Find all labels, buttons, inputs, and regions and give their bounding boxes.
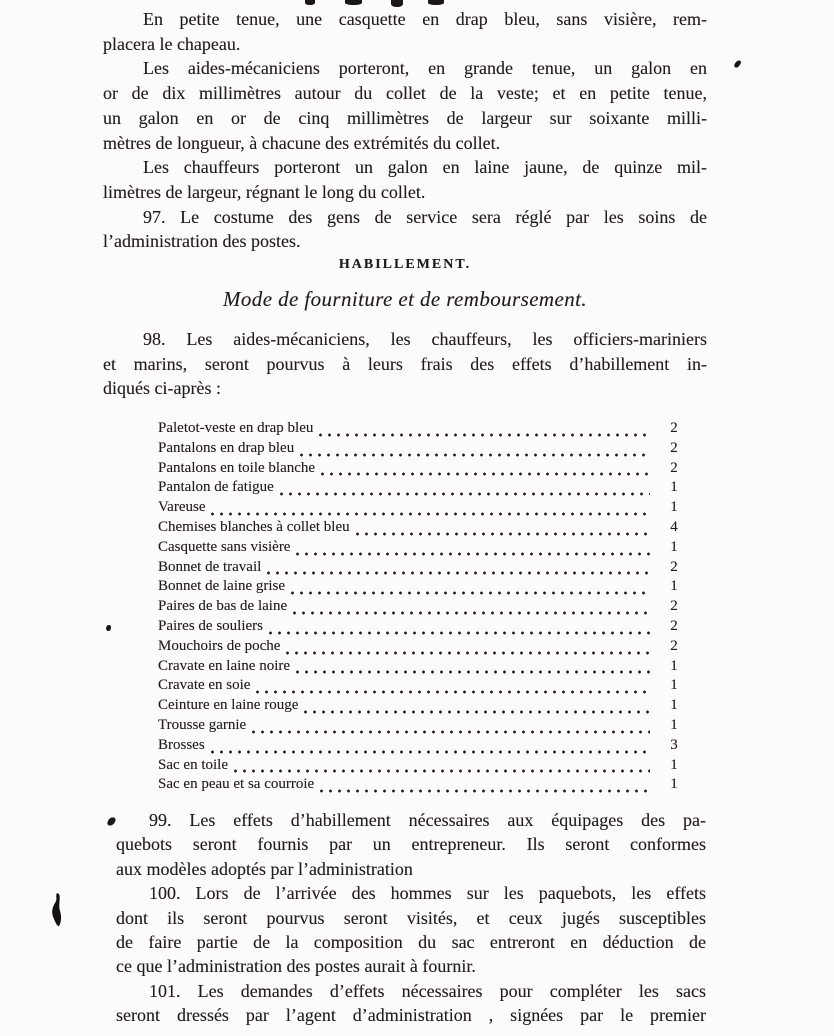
supply-item-label: Pantalons en toile blanche [158,460,315,477]
supply-row: Mouchoirs de poche2 [158,638,692,658]
paragraph: 101. Les demandes d’effets nécessaires p… [116,979,706,1028]
supply-item-qty: 1 [656,757,692,774]
supply-item-qty: 2 [656,559,692,576]
text-line: l’administration des postes. [103,229,707,254]
text-line: ce que l’administration des postes aurai… [116,954,706,978]
print-fragment [345,0,362,5]
text-line: Les aides-mécaniciens porteront, en gran… [103,56,707,81]
supply-item-label: Cravate en soie [158,677,250,694]
supply-item-qty: 1 [656,539,692,556]
text-line: 100. Lors de l’arrivée des hommes sur le… [116,881,706,905]
supply-row: Sac en peau et sa courroie1 [158,776,692,796]
text-line: seront dressés par l’agent d’administrat… [116,1003,706,1027]
supply-item-qty: 1 [656,479,692,496]
text-line: En petite tenue, une casquette en drap b… [103,7,707,32]
text-line: 101. Les demandes d’effets nécessaires p… [116,979,706,1003]
supply-row: Casquette sans visière1 [158,539,692,559]
paragraph: 100. Lors de l’arrivée des hommes sur le… [116,881,706,979]
supply-row: Ceinture en laine rouge1 [158,697,692,717]
supply-item-qty: 4 [656,519,692,536]
dotted-leader [208,743,650,757]
dotted-leader [288,584,650,598]
text-line: un galon en or de cinq millimètres de la… [103,106,707,131]
supply-item-label: Sac en peau et sa courroie [158,776,314,793]
supply-item-label: Pantalons en drap bleu [158,440,294,457]
supply-item-label: Ceinture en laine rouge [158,697,298,714]
paragraph: En petite tenue, une casquette en drap b… [103,7,707,56]
supply-item-label: Brosses [158,737,205,754]
text-line: limètres de largeur, régnant le long du … [103,180,707,205]
supply-row: Trousse garnie1 [158,717,692,737]
supply-item-qty: 1 [656,578,692,595]
supply-item-label: Chemises blanches à collet bleu [158,519,350,536]
ink-speck [106,625,111,631]
supply-item-qty: 1 [656,658,692,675]
supply-row: Vareuse1 [158,499,692,519]
paragraph: 99. Les effets d’habillement nécessaires… [116,808,706,881]
supply-item-label: Cravate en laine noire [158,658,290,675]
text-line: mètres de longueur, à chacune des extrém… [103,131,707,156]
supply-item-qty: 2 [656,618,692,635]
paragraph: Les chauffeurs porteront un galon en lai… [103,155,707,204]
dotted-leader [208,505,650,519]
ink-mark [733,59,741,68]
supply-item-label: Trousse garnie [158,717,246,734]
supply-item-label: Bonnet de laine grise [158,578,285,595]
supply-item-label: Sac en toile [158,757,228,774]
supply-item-qty: 3 [656,737,692,754]
supply-item-label: Bonnet de travail [158,559,261,576]
dotted-leader [231,762,650,776]
text-line: 99. Les effets d’habillement nécessaires… [116,808,706,832]
supply-row: Bonnet de travail2 [158,559,692,579]
ink-blot [49,893,67,927]
dotted-leader [249,723,650,737]
supply-row: Cravate en soie1 [158,677,692,697]
supply-item-label: Vareuse [158,499,205,516]
supply-item-qty: 1 [656,717,692,734]
supply-item-label: Paires de bas de laine [158,598,287,615]
print-fragment [305,0,315,5]
supply-item-qty: 1 [656,776,692,793]
dotted-leader [253,683,650,697]
text-line: diqués ci-après : [103,376,707,401]
text-line: 98. Les aides-mécaniciens, les chauffeur… [103,327,707,352]
supply-item-qty: 2 [656,638,692,655]
text-line: Les chauffeurs porteront un galon en lai… [103,155,707,180]
dotted-leader [290,604,650,618]
supply-row: Chemises blanches à collet bleu4 [158,519,692,539]
supply-row: Paletot-veste en drap bleu2 [158,420,692,440]
closing-paragraphs: 99. Les effets d’habillement nécessaires… [116,808,706,1028]
text-line: dont ils seront pourvus seront visités, … [116,906,706,930]
text-line: 97. Le costume des gens de service sera … [103,205,707,230]
supply-row: Bonnet de laine grise1 [158,578,692,598]
supply-item-qty: 2 [656,598,692,615]
text-line: quebots seront fournis par un entreprene… [116,832,706,856]
section-heading: HABILLEMENT. [103,257,707,273]
supply-item-label: Mouchoirs de poche [158,638,280,655]
supply-item-qty: 2 [656,420,692,437]
supply-row: Pantalons en drap bleu2 [158,440,692,460]
supply-item-qty: 1 [656,697,692,714]
supply-item-label: Casquette sans visière [158,539,290,556]
supply-row: Pantalon de fatigue1 [158,479,692,499]
text-line: de faire partie de la composition du sac… [116,930,706,954]
paragraph: 97. Le costume des gens de service sera … [103,205,707,254]
text-line: or de dix millimètres autour du collet d… [103,81,707,106]
text-line: et marins, seront pourvus à leurs frais … [103,352,707,377]
supply-row: Paires de souliers2 [158,618,692,638]
supply-item-qty: 2 [656,440,692,457]
dotted-leader [293,663,650,677]
dotted-leader [283,644,650,658]
text-line: placera le chapeau. [103,32,707,57]
supply-item-label: Pantalon de fatigue [158,479,274,496]
supply-row: Sac en toile1 [158,757,692,777]
dotted-leader [353,525,650,539]
dotted-leader [264,564,650,578]
dotted-leader [266,624,650,638]
intro-paragraphs: En petite tenue, une casquette en drap b… [103,7,707,254]
paragraph: Les aides-mécaniciens porteront, en gran… [103,56,707,155]
dotted-leader [316,426,650,440]
text-line: aux modèles adoptés par l’administration [116,857,706,881]
dotted-leader [317,782,650,796]
subsection-heading: Mode de fourniture et de remboursement. [103,287,707,312]
dotted-leader [301,703,650,717]
paragraph-article-98: 98. Les aides-mécaniciens, les chauffeur… [103,327,707,401]
dotted-leader [297,446,650,460]
supply-item-qty: 2 [656,460,692,477]
supply-list: Paletot-veste en drap bleu2Pantalons en … [158,420,692,796]
print-fragment [391,0,403,7]
supply-item-qty: 1 [656,677,692,694]
dotted-leader [277,485,650,499]
supply-item-qty: 1 [656,499,692,516]
supply-row: Brosses3 [158,737,692,757]
supply-item-label: Paires de souliers [158,618,263,635]
ink-mark [107,816,117,827]
scanned-page: En petite tenue, une casquette en drap b… [0,0,834,1036]
supply-row: Cravate en laine noire1 [158,658,692,678]
dotted-leader [293,545,650,559]
dotted-leader [318,465,650,479]
print-fragment [428,0,444,5]
supply-item-label: Paletot-veste en drap bleu [158,420,313,437]
supply-row: Paires de bas de laine2 [158,598,692,618]
supply-row: Pantalons en toile blanche2 [158,460,692,480]
